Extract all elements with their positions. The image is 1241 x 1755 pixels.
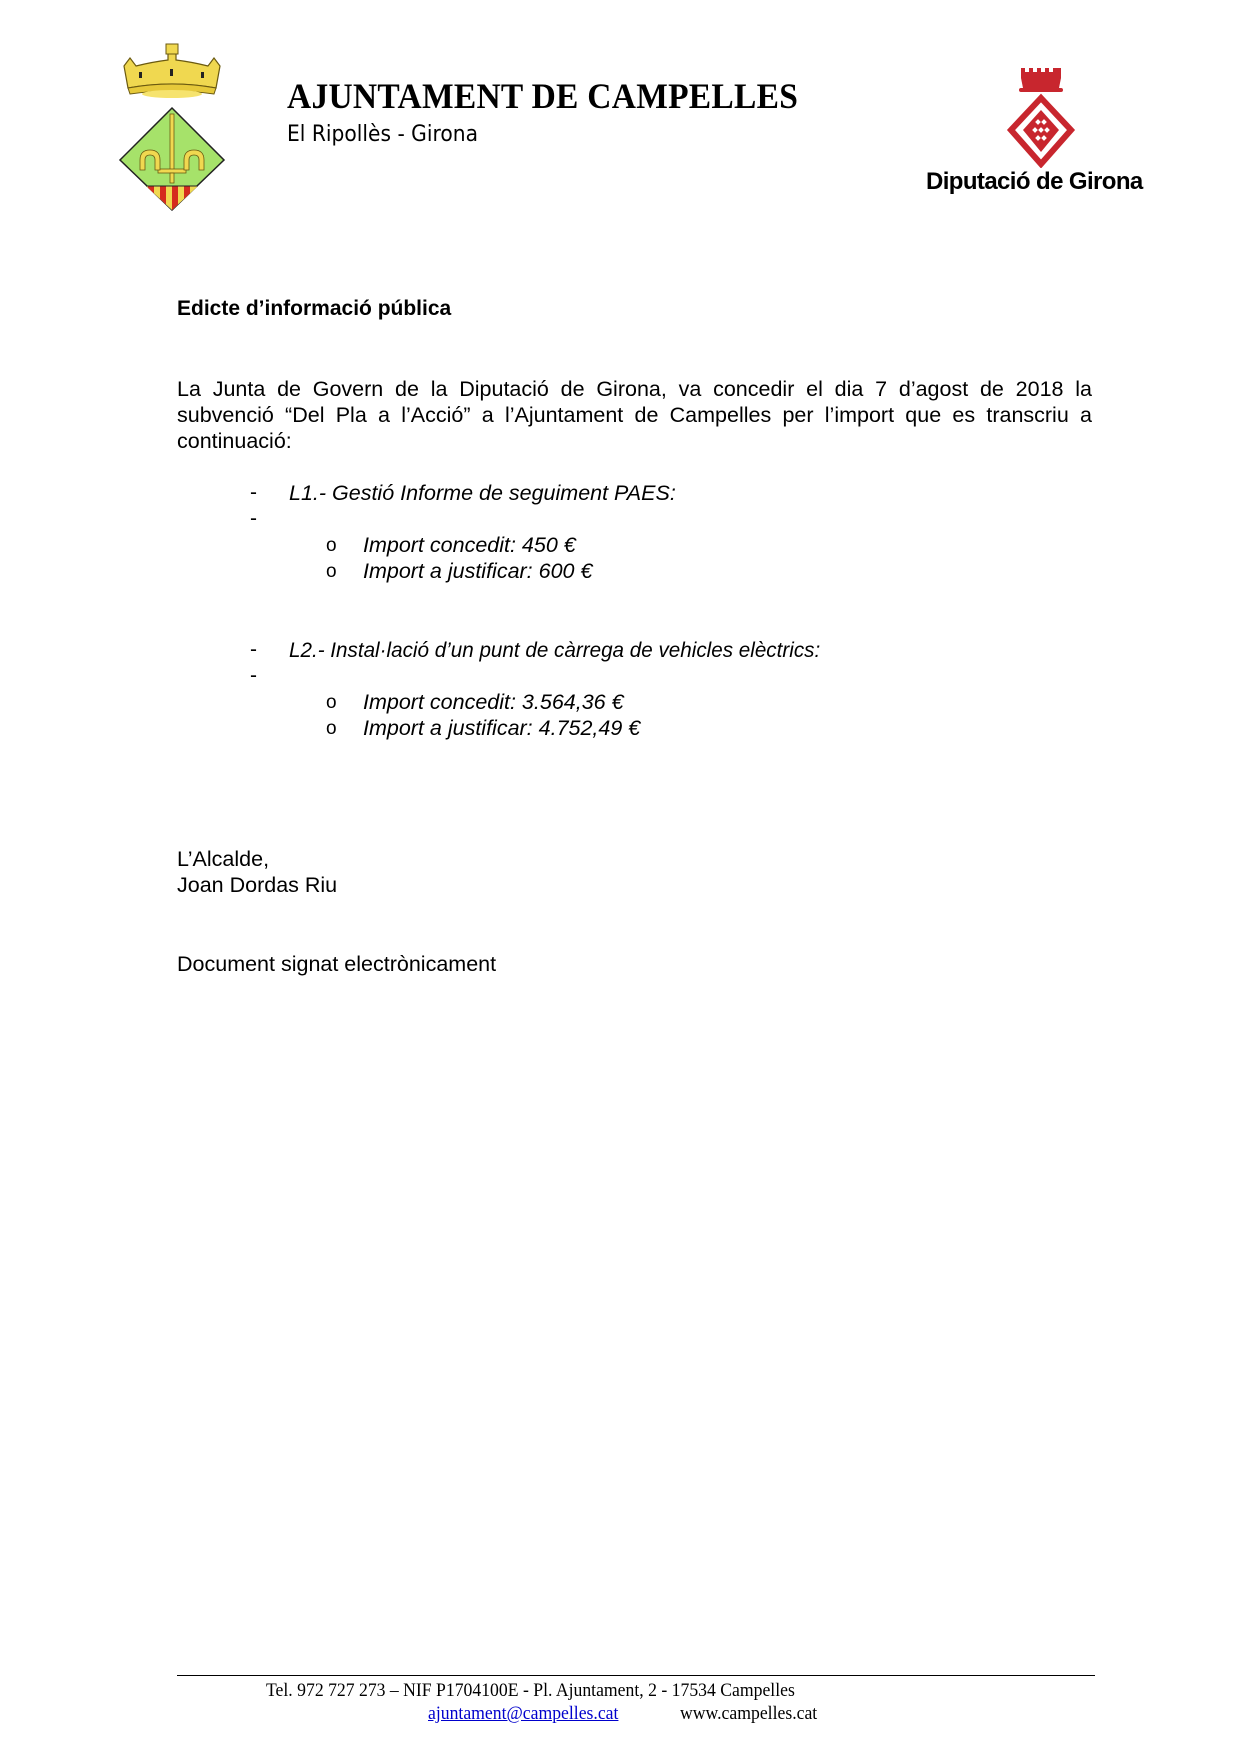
list-item-l1-to-justify: Import a justificar: 600 €	[363, 558, 592, 584]
footer-website-link[interactable]: www.campelles.cat	[680, 1703, 817, 1725]
sub-bullet: o	[326, 559, 337, 585]
list-dash: -	[250, 637, 257, 663]
list-item-l2-granted: Import concedit: 3.564,36 €	[363, 689, 624, 715]
diputacio-girona-caption: Diputació de Girona	[926, 168, 1143, 196]
signature-name: Joan Dordas Riu	[177, 872, 337, 898]
list-dash-empty: -	[250, 506, 257, 532]
campelles-coat-of-arms-icon	[112, 36, 232, 211]
footer-contact-line: Tel. 972 727 273 – NIF P1704100E - Pl. A…	[266, 1680, 795, 1702]
crown-icon	[124, 44, 220, 98]
sub-bullet: o	[326, 716, 337, 742]
signature-note: Document signat electrònicament	[177, 951, 496, 977]
sub-bullet: o	[326, 690, 337, 716]
list-item-l1-granted: Import concedit: 450 €	[363, 532, 576, 558]
list-item-l2-to-justify: Import a justificar: 4.752,49 €	[363, 715, 640, 741]
footer-email-link[interactable]: ajuntament@campelles.cat	[428, 1703, 618, 1725]
signature-role: L’Alcalde,	[177, 846, 269, 872]
list-item-l1-title: L1.- Gestió Informe de seguiment PAES:	[289, 480, 676, 506]
municipality-subtitle: El Ripollès - Girona	[287, 122, 478, 147]
list-dash: -	[250, 480, 257, 506]
list-item-l2-title: L2.- Instal·lació d’un punt de càrrega d…	[289, 637, 820, 663]
sub-bullet: o	[326, 533, 337, 559]
document-heading: Edicte d’informació pública	[177, 296, 451, 322]
intro-paragraph: La Junta de Govern de la Diputació de Gi…	[177, 376, 1092, 454]
list-dash-empty: -	[250, 663, 257, 689]
footer-divider	[177, 1675, 1095, 1676]
diputacio-girona-emblem-icon	[1005, 68, 1077, 168]
municipality-title: AJUNTAMENT DE CAMPELLES	[287, 75, 798, 117]
